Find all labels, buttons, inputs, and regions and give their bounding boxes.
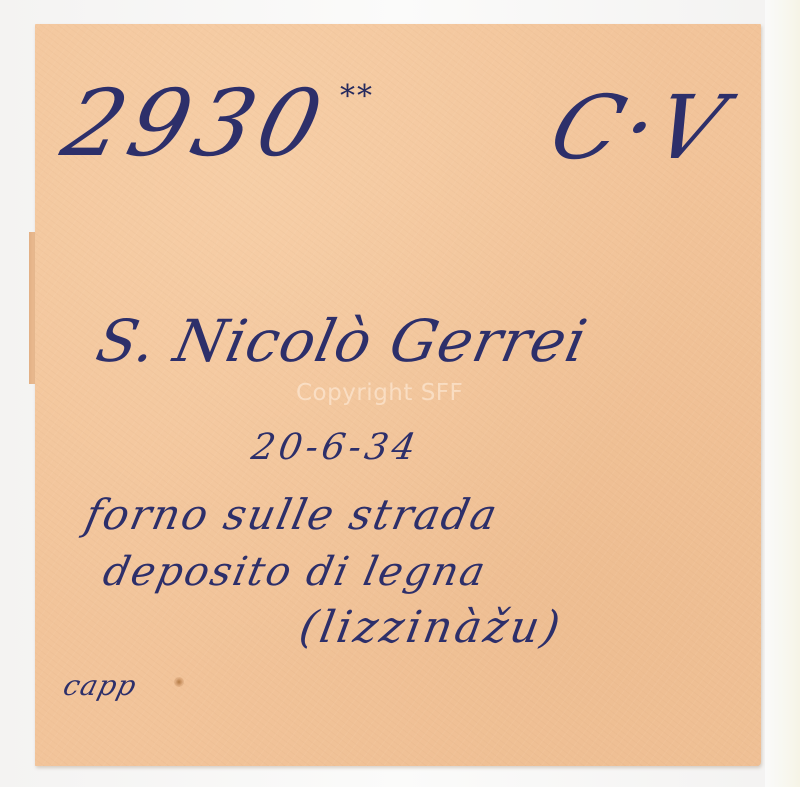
scan-background-strip [765, 0, 800, 787]
date: 20-6-34 [249, 430, 422, 466]
scanned-document: 2930 ** C·V S. Nicolò Gerrei Copyright S… [0, 0, 800, 787]
note-line: (lizzinàžu) [296, 606, 566, 650]
collection-code: C·V [541, 84, 737, 172]
stain-spot [174, 677, 184, 687]
signature: capp [61, 672, 140, 700]
copyright-watermark: Copyright SFF [296, 380, 463, 406]
star-marks-icon: ** [340, 82, 374, 112]
place-name: S. Nicolò Gerrei [92, 312, 592, 370]
note-line: deposito di legna [100, 552, 490, 592]
catalog-number: 2930 [55, 78, 336, 170]
note-line: forno sulle strada [82, 494, 503, 536]
